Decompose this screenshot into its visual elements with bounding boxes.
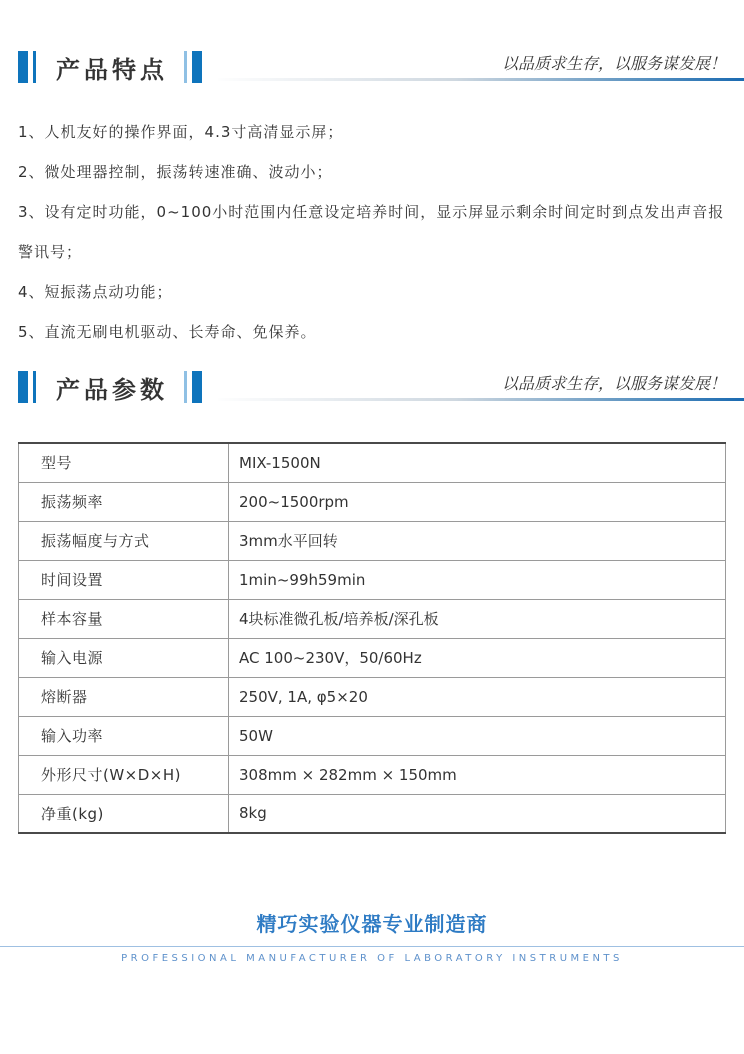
table-row: 振荡幅度与方式 3mm水平回转 [19,521,726,560]
spec-label: 振荡幅度与方式 [19,521,229,560]
table-row: 时间设置 1min~99h59min [19,560,726,599]
title-accent-bar-thin-right [184,371,187,403]
feature-item-1: 1、人机友好的操作界面，4.3寸高清显示屏； [18,112,726,152]
header-gradient-underline [218,78,744,81]
title-accent-bar-thick-left [18,51,28,83]
spec-label: 外形尺寸(W×D×H) [19,755,229,794]
title-accent-bar-thick-left [18,371,28,403]
spec-value: 3mm水平回转 [229,521,726,560]
table-row: 振荡频率 200~1500rpm [19,482,726,521]
spec-value: 50W [229,716,726,755]
feature-list: 1、人机友好的操作界面，4.3寸高清显示屏； 2、微处理器控制，振荡转速准确、波… [18,112,726,352]
table-row: 净重(kg) 8kg [19,794,726,833]
table-row: 熔断器 250V, 1A, φ5×20 [19,677,726,716]
spec-value: 308mm × 282mm × 150mm [229,755,726,794]
spec-table: 型号 MIX-1500N 振荡频率 200~1500rpm 振荡幅度与方式 3m… [18,442,726,834]
table-row: 样本容量 4块标准微孔板/培养板/深孔板 [19,599,726,638]
spec-value: MIX-1500N [229,443,726,482]
spec-value: 200~1500rpm [229,482,726,521]
table-row: 输入功率 50W [19,716,726,755]
spec-label: 熔断器 [19,677,229,716]
title-accent-bar-thin-left [33,371,36,403]
section-title-features: 产品特点 [56,50,168,85]
footer-brand-cn: 精巧实验仪器专业制造商 [0,908,744,937]
section-header-params: 产品参数 以品质求生存，以服务谋发展！ [0,370,744,404]
spec-label: 时间设置 [19,560,229,599]
table-row: 外形尺寸(W×D×H) 308mm × 282mm × 150mm [19,755,726,794]
product-detail-page: 产品特点 以品质求生存，以服务谋发展！ 1、人机友好的操作界面，4.3寸高清显示… [0,0,744,1054]
feature-item-4: 4、短振荡点动功能； [18,272,726,312]
spec-label: 输入功率 [19,716,229,755]
feature-item-2: 2、微处理器控制，振荡转速准确、波动小； [18,152,726,192]
section-title-params: 产品参数 [56,370,168,405]
footer-brand-en: PROFESSIONAL MANUFACTURER OF LABORATORY … [0,953,744,964]
feature-item-5: 5、直流无刷电机驱动、长寿命、免保养。 [18,312,726,352]
title-accent-bar-thin-left [33,51,36,83]
section-header-features: 产品特点 以品质求生存，以服务谋发展！ [0,50,744,84]
spec-label: 振荡频率 [19,482,229,521]
spec-value: 1min~99h59min [229,560,726,599]
spec-value: 4块标准微孔板/培养板/深孔板 [229,599,726,638]
title-accent-bar-thick-right [192,51,202,83]
section-tagline: 以品质求生存，以服务谋发展！ [502,51,726,74]
spec-label: 样本容量 [19,599,229,638]
title-accent-bar-thin-right [184,51,187,83]
section-tagline: 以品质求生存，以服务谋发展！ [502,371,726,394]
table-row: 型号 MIX-1500N [19,443,726,482]
spec-label: 净重(kg) [19,794,229,833]
spec-value: 8kg [229,794,726,833]
spec-label: 输入电源 [19,638,229,677]
spec-label: 型号 [19,443,229,482]
footer: 精巧实验仪器专业制造商 PROFESSIONAL MANUFACTURER OF… [0,908,744,964]
title-accent-bar-thick-right [192,371,202,403]
feature-item-3: 3、设有定时功能，0~100小时范围内任意设定培养时间，显示屏显示剩余时间定时到… [18,192,726,272]
spec-value: 250V, 1A, φ5×20 [229,677,726,716]
header-gradient-underline [218,398,744,401]
spec-value: AC 100~230V，50/60Hz [229,638,726,677]
table-row: 输入电源 AC 100~230V，50/60Hz [19,638,726,677]
footer-divider-line [0,946,744,947]
